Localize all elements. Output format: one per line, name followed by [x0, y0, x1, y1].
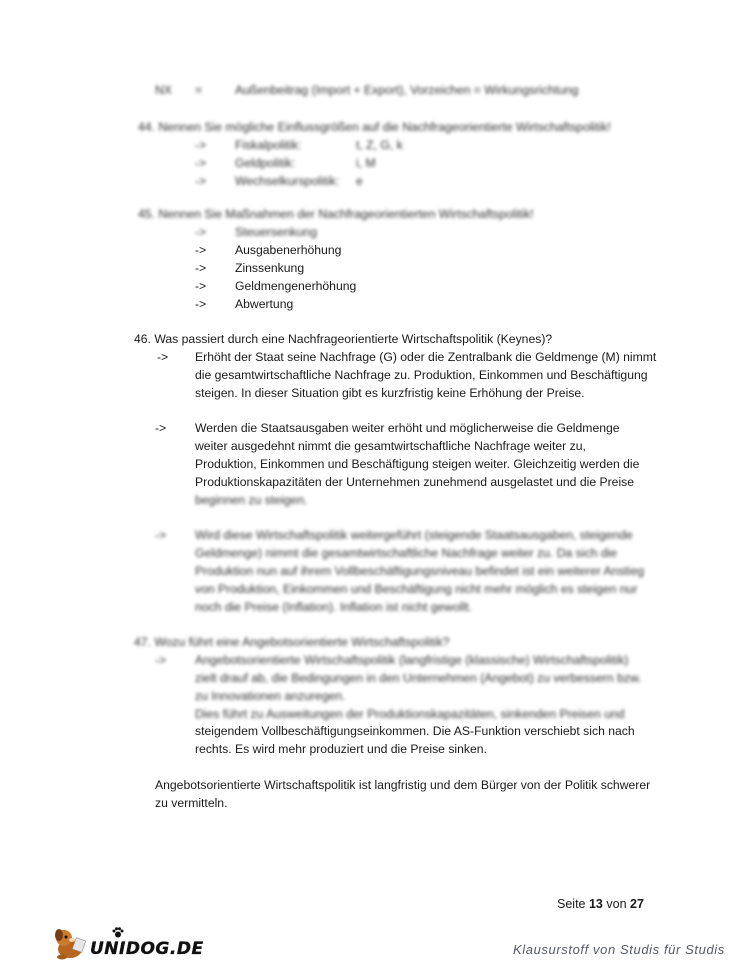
arrow: ->: [195, 154, 206, 172]
q47-line: rechts. Es wird mehr produziert und die …: [195, 740, 487, 758]
q45-item: Ausgabenerhöhung: [235, 241, 341, 259]
arrow: ->: [195, 277, 206, 295]
logo-text: UNIDOG.DE: [90, 939, 204, 959]
arrow: ->: [155, 651, 166, 669]
q46-p1-line: die gesamtwirtschaftliche Nachfrage zu. …: [195, 366, 648, 384]
q44-item-label: Geldpolitik:: [235, 154, 295, 172]
q46-p2-line: Produktionskapazitäten der Unternehmen z…: [195, 473, 634, 491]
q45-item: Abwertung: [235, 295, 293, 313]
question-44: 44. Nennen Sie mögliche Einflussgrößen a…: [138, 118, 611, 136]
page-number: Seite 13 von 27: [557, 897, 644, 911]
conclusion-line: zu vermitteln.: [155, 794, 227, 812]
question-45: 45. Nennen Sie Maßnahmen der Nachfrageor…: [138, 205, 534, 223]
q46-p3-line: Wird diese Wirtschaftspolitik weitergefü…: [195, 526, 633, 544]
arrow: ->: [155, 526, 166, 544]
arrow: ->: [155, 419, 166, 437]
arrow: ->: [195, 223, 206, 241]
question-47: 47. Wozu führt eine Angebotsorientierte …: [134, 633, 449, 651]
q45-item: Geldmengenerhöhung: [235, 277, 356, 295]
dog-mascot-icon: [50, 925, 88, 961]
q46-p3-line: von Produktion, Einkommen und Beschäftig…: [195, 580, 637, 598]
document-page: www.UNIDOG.de NX = Außenbeitrag (Import …: [0, 0, 750, 971]
arrow: ->: [195, 241, 206, 259]
q47-line: steigendem Vollbeschäftigungseinkommen. …: [195, 722, 635, 740]
q46-p3-line: Produktion nun auf ihrem Vollbeschäftigu…: [195, 562, 644, 580]
q44-item-label: Wechselkurspolitik:: [235, 172, 339, 190]
q44-item-value: t, Z, G, k: [356, 136, 403, 154]
arrow: ->: [195, 295, 206, 313]
q47-line: zielt drauf ab, die Bedingungen in den U…: [195, 669, 641, 687]
q46-p2-line: weiter ausgedehnt nimmt die gesamtwirtsc…: [195, 437, 586, 455]
conclusion-line: Angebotsorientierte Wirtschaftspolitik i…: [155, 776, 650, 794]
q45-item: Steuersenkung: [235, 223, 317, 241]
footer-tagline: Klausurstoff von Studis für Studis: [513, 942, 725, 957]
page-current: 13: [589, 897, 603, 911]
q46-p2-line: Werden die Staatsausgaben weiter erhöht …: [195, 419, 620, 437]
arrow: ->: [157, 348, 168, 366]
paw-icon: [112, 927, 124, 938]
page-prefix: Seite: [557, 897, 586, 911]
unidog-logo[interactable]: UNIDOG.DE: [50, 925, 180, 963]
q46-p1-line: steigen. In dieser Situation gibt es kur…: [195, 384, 585, 402]
q44-item-value: e: [356, 172, 363, 190]
page-total: 27: [630, 897, 644, 911]
nx-equals: =: [195, 81, 202, 99]
nx-label: NX: [155, 81, 172, 99]
arrow: ->: [195, 172, 206, 190]
q45-item: Zinssenkung: [235, 259, 304, 277]
q44-item-value: i, M: [356, 154, 376, 172]
arrow: ->: [195, 136, 206, 154]
q46-p3-line: noch die Preise (Inflation). Inflation i…: [195, 598, 472, 616]
q47-line: Angebotsorientierte Wirtschaftspolitik (…: [195, 651, 628, 669]
nx-definition: Außenbeitrag (Import + Export), Vorzeich…: [235, 81, 578, 99]
q46-p1-line: Erhöht der Staat seine Nachfrage (G) ode…: [195, 348, 656, 366]
question-46: 46. Was passiert durch eine Nachfrageori…: [134, 330, 552, 348]
page-of: von: [606, 897, 626, 911]
q46-p2-line: beginnen zu steigen.: [195, 491, 308, 509]
q47-line: zu Innovationen anzuregen.: [195, 687, 345, 705]
q47-line: Dies führt zu Ausweitungen der Produktio…: [195, 705, 625, 723]
q46-p2-line: Produktion, Einkommen und Beschäftigung …: [195, 455, 639, 473]
arrow: ->: [195, 259, 206, 277]
q44-item-label: Fiskalpolitik:: [235, 136, 301, 154]
q46-p3-line: Geldmenge) nimmt die gesamtwirtschaftlic…: [195, 544, 617, 562]
